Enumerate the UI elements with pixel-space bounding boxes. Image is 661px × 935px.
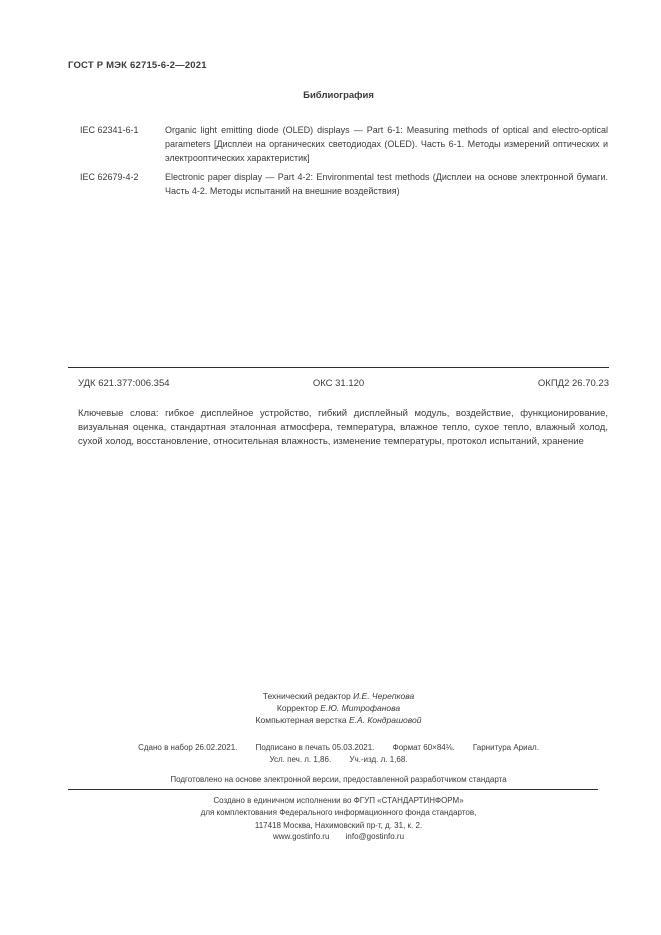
- contact-line: www.gostinfo.ru info@gostinfo.ru: [68, 831, 609, 842]
- publisher-address: 117418 Москва, Нахимовский пр-т, д. 31, …: [68, 820, 609, 831]
- separator-rule-top: [68, 367, 609, 368]
- bibliography-entry: IEC 62679-4-2 Electronic paper display —…: [80, 170, 608, 198]
- bibliography-entry: IEC 62341-6-1 Organic light emitting dio…: [80, 123, 608, 165]
- separator-rule-bottom: [68, 789, 598, 790]
- classification-row: УДК 621.377:006.354 ОКС 31.120 ОКПД2 26.…: [68, 378, 609, 389]
- imprint-line: Усл. печ. л. 1,86. Уч.-изд. л. 1,68.: [68, 754, 609, 766]
- prepared-note: Подготовлено на основе электронной верси…: [68, 775, 609, 784]
- section-title: Библиография: [68, 90, 609, 101]
- imprint-block: Сдано в набор 26.02.2021. Подписано в пе…: [68, 742, 609, 766]
- staff-name: И.Е. Черепкова: [353, 691, 414, 701]
- oks-code: ОКС 31.120: [313, 378, 364, 389]
- publisher-address-block: 117418 Москва, Нахимовский пр-т, д. 31, …: [68, 820, 609, 842]
- imprint-pub-sheets: Уч.-изд. л. 1,68.: [349, 755, 407, 764]
- imprint-print-sheets: Усл. печ. л. 1,86.: [269, 755, 331, 764]
- colophon-staff-block: Технический редактор И.Е. Черепкова Корр…: [68, 690, 609, 726]
- staff-line: Корректор Е.Ю. Митрофанова: [68, 702, 609, 714]
- keywords-paragraph: Ключевые слова: гибкое дисплейное устрой…: [78, 407, 608, 449]
- staff-role: Технический редактор: [263, 691, 351, 701]
- staff-name: Е.А. Кондрашовой: [349, 715, 421, 725]
- publisher-line: Создано в единичном исполнении во ФГУП «…: [68, 795, 609, 807]
- bibliography-list: IEC 62341-6-1 Organic light emitting dio…: [80, 123, 608, 198]
- udk-code: УДК 621.377:006.354: [68, 378, 313, 389]
- publisher-website: www.gostinfo.ru: [273, 832, 329, 841]
- staff-role: Компьютерная верстка: [256, 715, 347, 725]
- publisher-email: info@gostinfo.ru: [346, 832, 404, 841]
- publisher-block: Создано в единичном исполнении во ФГУП «…: [68, 795, 609, 819]
- staff-role: Корректор: [277, 703, 318, 713]
- document-page: ГОСТ Р МЭК 62715-6-2—2021 Библиография I…: [0, 0, 661, 935]
- imprint-format: Формат 60×84⅛.: [393, 743, 455, 752]
- imprint-typeset-date: Сдано в набор 26.02.2021.: [138, 743, 237, 752]
- bibliography-entry-label: IEC 62679-4-2: [80, 170, 139, 184]
- staff-name: Е.Ю. Митрофанова: [320, 703, 400, 713]
- imprint-print-date: Подписано в печать 05.03.2021.: [256, 743, 375, 752]
- staff-line: Технический редактор И.Е. Черепкова: [68, 690, 609, 702]
- publisher-line: для комплектования Федерального информац…: [68, 807, 609, 819]
- okpd2-code: ОКПД2 26.70.23: [364, 378, 609, 389]
- standard-code-header: ГОСТ Р МЭК 62715-6-2—2021: [68, 60, 207, 71]
- bibliography-entry-text: Electronic paper display — Part 4-2: Env…: [165, 172, 608, 196]
- bibliography-entry-text: Organic light emitting diode (OLED) disp…: [165, 125, 608, 163]
- staff-line: Компьютерная верстка Е.А. Кондрашовой: [68, 714, 609, 726]
- imprint-line: Сдано в набор 26.02.2021. Подписано в пе…: [68, 742, 609, 754]
- imprint-typeface: Гарнитура Ариал.: [473, 743, 539, 752]
- bibliography-entry-label: IEC 62341-6-1: [80, 123, 139, 137]
